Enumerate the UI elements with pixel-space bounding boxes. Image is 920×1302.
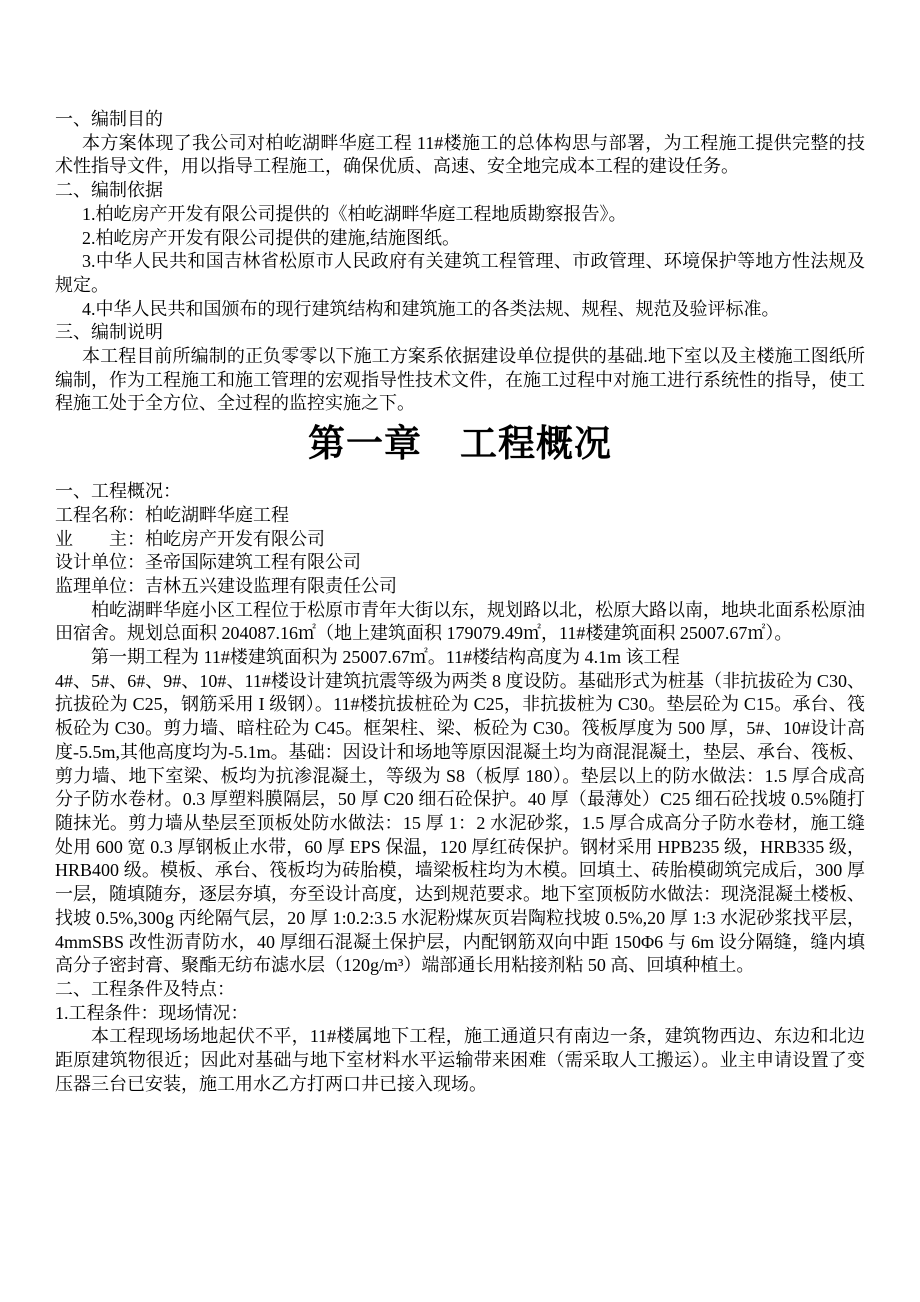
heading-purpose: 一、编制目的 [55, 108, 865, 132]
heading-notes: 三、编制说明 [55, 321, 865, 345]
para-phase: 第一期工程为 11#楼建筑面积为 25007.67㎡。11#楼结构高度为 4.1… [55, 646, 865, 670]
basis-item-2: 2.柏屹房产开发有限公司提供的建施,结施图纸。 [55, 227, 865, 251]
document-page: 一、编制目的 本方案体现了我公司对柏屹湖畔华庭工程 11#楼施工的总体构思与部署… [0, 0, 920, 1302]
heading-conditions: 二、工程条件及特点： [55, 978, 865, 1002]
heading-basis: 二、编制依据 [55, 179, 865, 203]
info-project-name: 工程名称：柏屹湖畔华庭工程 [55, 504, 865, 528]
subheading-site-conditions: 1.工程条件：现场情况： [55, 1002, 865, 1026]
chapter-title: 第一章 工程概况 [55, 422, 865, 468]
basis-item-3: 3.中华人民共和国吉林省松原市人民政府有关建筑工程管理、市政管理、环境保护等地方… [55, 250, 865, 297]
para-site-conditions: 本工程现场场地起伏不平，11#楼属地下工程，施工通道只有南边一条，建筑物西边、东… [55, 1025, 865, 1096]
document-body: 一、编制目的 本方案体现了我公司对柏屹湖畔华庭工程 11#楼施工的总体构思与部署… [0, 0, 920, 1096]
info-supervision-unit: 监理单位：吉林五兴建设监理有限责任公司 [55, 575, 865, 599]
info-design-unit: 设计单位：圣帝国际建筑工程有限公司 [55, 551, 865, 575]
para-specs: 4#、5#、6#、9#、10#、11#楼设计建筑抗震等级为两类 8 度设防。基础… [55, 670, 865, 978]
basis-item-4: 4.中华人民共和国颁布的现行建筑结构和建筑施工的各类法规、规程、规范及验评标准。 [55, 298, 865, 322]
basis-item-1: 1.柏屹房产开发有限公司提供的《柏屹湖畔华庭工程地质勘察报告》。 [55, 203, 865, 227]
heading-overview: 一、工程概况： [55, 480, 865, 504]
para-purpose: 本方案体现了我公司对柏屹湖畔华庭工程 11#楼施工的总体构思与部署，为工程施工提… [55, 132, 865, 179]
para-location: 柏屹湖畔华庭小区工程位于松原市青年大街以东，规划路以北，松原大路以南，地块北面系… [55, 599, 865, 646]
info-owner: 业 主：柏屹房产开发有限公司 [55, 528, 865, 552]
para-notes: 本工程目前所编制的正负零零以下施工方案系依据建设单位提供的基础.地下室以及主楼施… [55, 345, 865, 416]
